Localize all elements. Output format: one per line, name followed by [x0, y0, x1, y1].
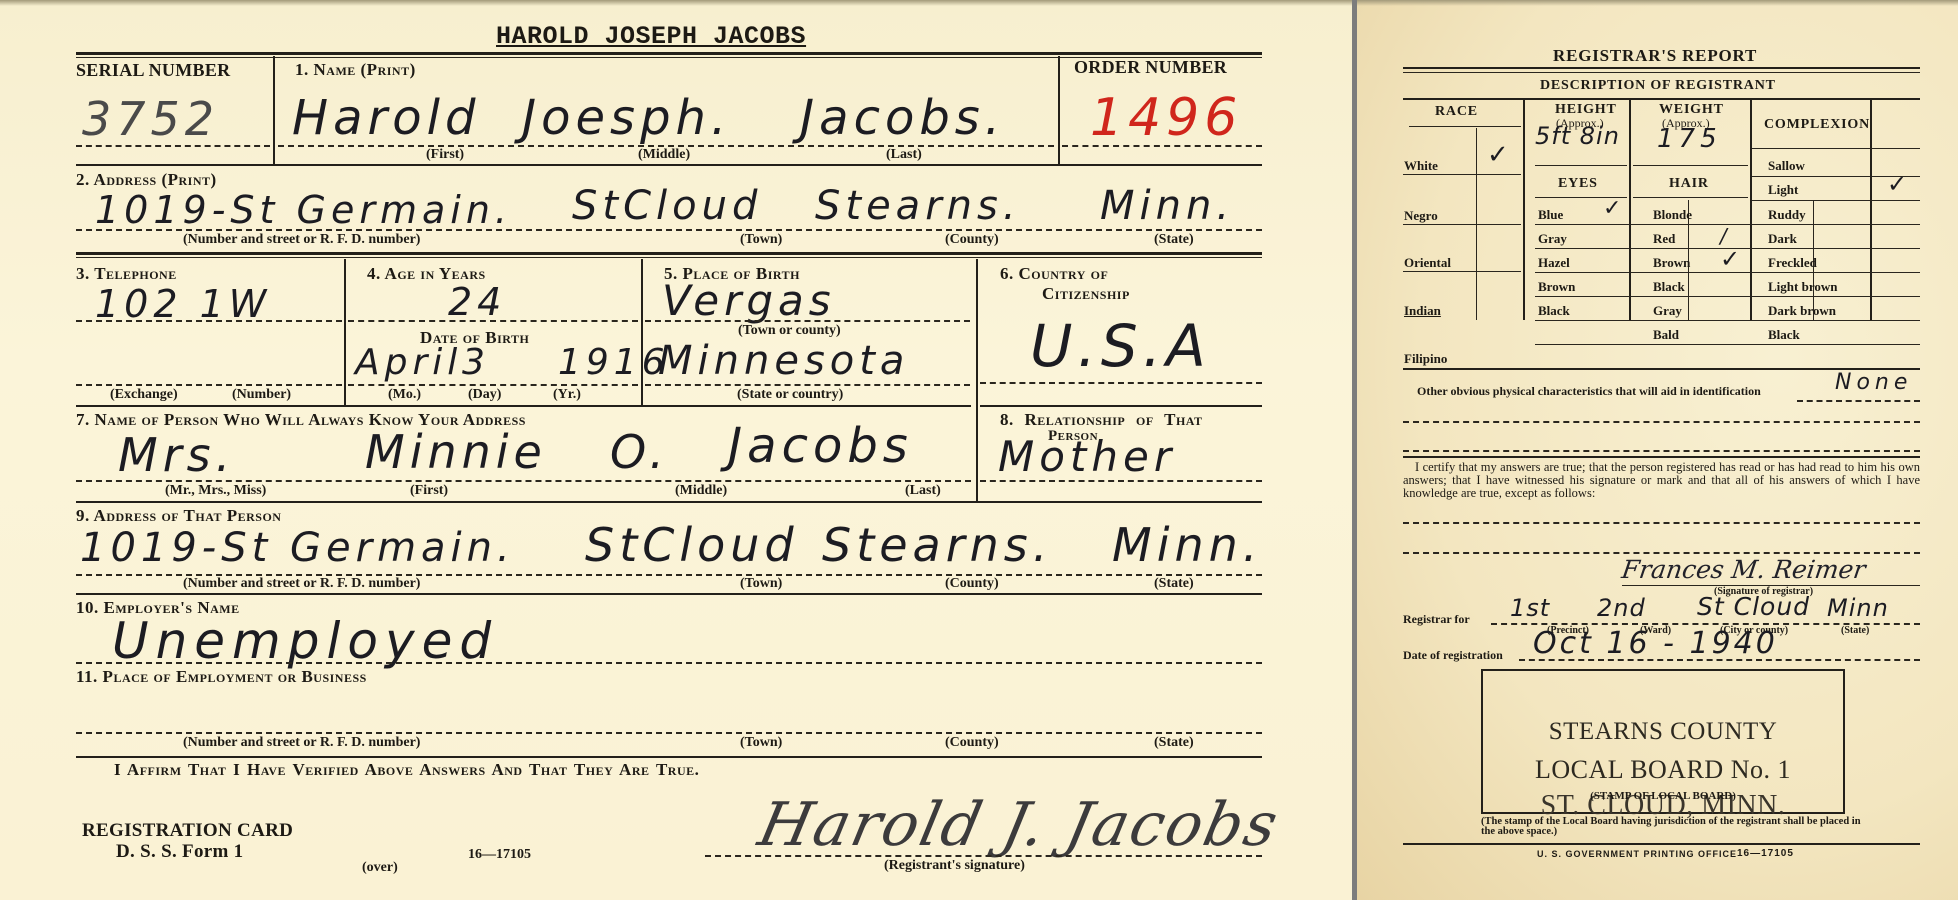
complexion-freckled: Freckled [1768, 255, 1817, 271]
complexion-dark: Dark [1768, 231, 1797, 247]
stamp-caption: (STAMP OF LOCAL BOARD) [1481, 790, 1845, 802]
col-line [1870, 100, 1872, 320]
rule [1403, 67, 1920, 69]
rule [76, 756, 1262, 758]
complexion-sallow: Sallow [1768, 158, 1805, 174]
race-negro: Negro [1404, 208, 1438, 224]
report-subtitle: DESCRIPTION OF REGISTRANT [1540, 78, 1776, 94]
caption-state: (State) [1154, 735, 1194, 751]
rule [1752, 148, 1920, 149]
race-filipino: Filipino [1404, 351, 1447, 367]
relationship-label: 8. Relationship of That [1000, 410, 1203, 430]
complexion-black: Black [1768, 327, 1800, 343]
caption-first: (First) [410, 483, 448, 499]
rule [1633, 197, 1748, 198]
contact-address-state[interactable]: Minn. [1112, 518, 1262, 572]
height-value[interactable]: 5ft 8in [1535, 122, 1620, 150]
hair-bald: Bald [1653, 327, 1679, 343]
col-line [1523, 100, 1525, 320]
rule [1535, 296, 1920, 297]
registrant-signature[interactable]: Harold J. Jacobs [753, 790, 1286, 860]
eyes-blue-mark[interactable]: ✓ [1603, 196, 1626, 221]
rule [1535, 224, 1920, 225]
col-line [1750, 100, 1752, 320]
rule [1403, 456, 1920, 458]
complexion-ruddy: Ruddy [1768, 207, 1806, 223]
caption-state: (State) [1154, 232, 1194, 248]
field-line [76, 145, 270, 147]
caption-year: (Yr.) [553, 387, 581, 403]
birth-town[interactable]: Vergas [662, 276, 836, 325]
caption-county: (County) [945, 232, 999, 248]
caption-town: (Town) [740, 735, 782, 751]
race-white-mark[interactable]: ✓ [1487, 140, 1514, 170]
field-line [348, 320, 638, 322]
contact-middle[interactable]: O. [610, 425, 669, 479]
caption-last: (Last) [886, 147, 922, 163]
caption-middle: (Middle) [638, 147, 690, 163]
citizenship-value[interactable]: U.S.A [1030, 312, 1211, 380]
address-label: 2. Address (Print) [76, 170, 217, 190]
caption-street: (Number and street or R. F. D. number) [183, 232, 420, 248]
serial-number-value[interactable]: 3752 [82, 92, 219, 146]
contact-last[interactable]: Jacobs [728, 418, 913, 474]
rule [1403, 72, 1920, 73]
race-header: RACE [1435, 104, 1478, 120]
rule [1403, 843, 1920, 845]
serial-number-label: SERIAL NUMBER [76, 60, 230, 81]
dob-year[interactable]: 1916 [558, 342, 670, 383]
hair-red: Red [1653, 231, 1675, 247]
rule [980, 405, 1262, 407]
order-number-label: ORDER NUMBER [1074, 57, 1227, 78]
registrar-city[interactable]: St Cloud [1697, 592, 1810, 621]
form-code: 16—17105 [468, 847, 531, 863]
contact-title[interactable]: Mrs. [118, 428, 235, 482]
rule [76, 252, 1262, 255]
contact-address-county[interactable]: Stearns. [822, 518, 1052, 572]
rule [76, 164, 1262, 166]
place-of-employment-label: 11. Place of Employment or Business [76, 667, 367, 687]
field-line [76, 229, 1262, 231]
name-middle[interactable]: Joesph. [522, 90, 731, 146]
signature-caption: (Registrant's signature) [884, 858, 1025, 874]
rule [76, 257, 1262, 258]
over-note: (over) [362, 860, 398, 876]
certification-text: I certify that my answers are true; that… [1403, 461, 1920, 500]
complexion-header: COMPLEXION [1764, 117, 1870, 133]
separator [641, 259, 643, 407]
rule [1535, 320, 1920, 321]
dob-day[interactable]: 3 [462, 342, 490, 383]
other-characteristics-label: Other obvious physical characteristics t… [1417, 384, 1761, 399]
caption-state: (State) [1841, 625, 1869, 636]
eyes-black: Black [1538, 303, 1570, 319]
weight-value[interactable]: 175 [1657, 124, 1722, 154]
card-edge [1357, 0, 1958, 6]
eyes-brown: Brown [1538, 279, 1575, 295]
complexion-light: Light [1768, 182, 1798, 198]
name-last[interactable]: Jacobs. [800, 90, 1005, 146]
address-county[interactable]: Stearns. [815, 183, 1021, 229]
rule [1752, 200, 1920, 201]
caption-street: (Number and street or R. F. D. number) [183, 576, 420, 592]
rule [1403, 174, 1521, 175]
rule [1403, 98, 1920, 100]
col-line [1629, 100, 1631, 320]
citizenship-label: 6. Country of [1000, 264, 1108, 284]
separator [1058, 56, 1060, 164]
field-line [76, 320, 342, 322]
field-line [1797, 400, 1920, 402]
contact-first[interactable]: Minnie [365, 425, 547, 479]
field-line [645, 384, 970, 386]
date-of-registration-label: Date of registration [1403, 648, 1503, 663]
field-line [645, 320, 970, 322]
caption-number: (Number) [232, 387, 291, 403]
form-number: D. S. S. Form 1 [116, 841, 243, 863]
registrar-ward[interactable]: 2nd [1597, 594, 1646, 622]
rule [1752, 176, 1920, 177]
caption-town-county: (Town or county) [738, 323, 841, 339]
caption-town: (Town) [740, 576, 782, 592]
rule [1403, 271, 1521, 272]
hair-gray: Gray [1653, 303, 1682, 319]
address-street[interactable]: 1019-St Germain. [95, 188, 512, 232]
printer-note: U. S. GOVERNMENT PRINTING OFFICE [1537, 849, 1737, 859]
registrar-signature[interactable]: Frances M. Reimer [1620, 555, 1868, 584]
contact-address-street[interactable]: 1019-St Germain. [80, 525, 515, 571]
field-line [76, 384, 342, 386]
name-first[interactable]: Harold [292, 90, 480, 146]
field-line [1403, 421, 1920, 423]
telephone-label: 3. Telephone [76, 264, 177, 284]
typed-name-header: HAROLD JOSEPH JACOBS [496, 22, 806, 51]
card-title: REGISTRATION CARD [82, 820, 293, 842]
address-state[interactable]: Minn. [1100, 183, 1234, 229]
relationship-value[interactable]: Mother [998, 432, 1176, 481]
affirmation-text: I Affirm That I Have Verified Above Answ… [114, 760, 699, 780]
registrar-for-label: Registrar for [1403, 612, 1470, 627]
race-oriental: Oriental [1404, 255, 1451, 271]
eyes-blue: Blue [1538, 207, 1563, 223]
stamp-line-1: STEARNS COUNTY [1481, 718, 1845, 746]
registrar-state[interactable]: Minn [1827, 594, 1889, 622]
field-line [76, 662, 1262, 664]
caption-title: (Mr., Mrs., Miss) [165, 483, 266, 499]
caption-town: (Town) [740, 232, 782, 248]
field-line [1403, 450, 1920, 452]
separator [273, 56, 275, 164]
caption-state-country: (State or country) [737, 387, 843, 403]
field-line [1519, 659, 1920, 661]
caption-last: (Last) [905, 483, 941, 499]
rule [76, 52, 1262, 55]
contact-address-town[interactable]: StCloud [585, 518, 799, 572]
separator [344, 259, 346, 407]
registrar-precinct[interactable]: 1st [1510, 594, 1550, 622]
race-indian: Indian [1404, 303, 1441, 319]
stamp-line-2: LOCAL BOARD No. 1 [1481, 755, 1845, 785]
rule [76, 501, 1262, 503]
field-line [76, 732, 1262, 734]
caption-county: (County) [945, 735, 999, 751]
separator [976, 259, 978, 407]
field-line [348, 384, 638, 386]
card-edge [0, 0, 1352, 6]
address-town[interactable]: StCloud [572, 183, 762, 229]
caption-day: (Day) [468, 387, 501, 403]
contact-address-label: 9. Address of That Person [76, 506, 281, 526]
age-value[interactable]: 24 [448, 280, 506, 324]
separator [976, 407, 978, 501]
order-number-value[interactable]: 1496 [1090, 88, 1242, 148]
caption-state: (State) [1154, 576, 1194, 592]
eyes-gray: Gray [1538, 231, 1567, 247]
field-line [76, 480, 971, 482]
date-of-registration-value[interactable]: Oct 16 - 1940 [1533, 626, 1778, 661]
field-line [1062, 145, 1262, 147]
race-white: White [1404, 158, 1438, 174]
caption-middle: (Middle) [675, 483, 727, 499]
hair-brown: Brown [1653, 255, 1690, 271]
complexion-dark-brown: Dark brown [1768, 303, 1836, 319]
report-title: REGISTRAR'S REPORT [1553, 46, 1757, 66]
signature-line [705, 855, 1262, 857]
rule [1535, 344, 1920, 345]
complexion-light-mark[interactable]: ✓ [1887, 170, 1912, 198]
citizenship-label-2: Citizenship [1042, 284, 1130, 304]
complexion-light-brown: Light brown [1768, 279, 1837, 295]
caption-first: (First) [426, 147, 464, 163]
printer-code: 16—17105 [1737, 848, 1794, 859]
field-line [980, 480, 1262, 482]
field-line [1403, 522, 1920, 524]
hair-blonde: Blonde [1653, 207, 1692, 223]
dob-month[interactable]: April [355, 342, 462, 383]
hair-black: Black [1653, 279, 1685, 295]
rule [76, 405, 971, 407]
caption-county: (County) [945, 576, 999, 592]
rule [1409, 126, 1521, 127]
field-line [1403, 552, 1920, 554]
other-characteristics-value[interactable]: None [1835, 370, 1912, 395]
eyes-header: EYES [1558, 176, 1598, 192]
rule [1403, 224, 1521, 225]
name-label: 1. Name (Print) [295, 60, 416, 80]
hair-brown-mark[interactable]: ✓ [1720, 245, 1745, 273]
birth-state[interactable]: Minnesota [658, 338, 909, 384]
rule [1535, 272, 1920, 273]
caption-exchange: (Exchange) [110, 387, 178, 403]
caption-month: (Mo.) [388, 387, 421, 403]
rule [76, 593, 1262, 595]
registrars-report-back: REGISTRAR'S REPORT DESCRIPTION OF REGIST… [1357, 0, 1958, 900]
stamp-note: (The stamp of the Local Board having jur… [1481, 817, 1861, 837]
rule [1535, 248, 1920, 249]
registration-card-front: HAROLD JOSEPH JACOBS SERIAL NUMBER 3752 … [0, 0, 1352, 900]
eyes-hazel: Hazel [1538, 255, 1570, 271]
rule [1633, 165, 1748, 166]
field-line [980, 382, 1262, 384]
hair-header: HAIR [1669, 176, 1709, 192]
rule [1535, 165, 1627, 166]
caption-street: (Number and street or R. F. D. number) [183, 735, 420, 751]
